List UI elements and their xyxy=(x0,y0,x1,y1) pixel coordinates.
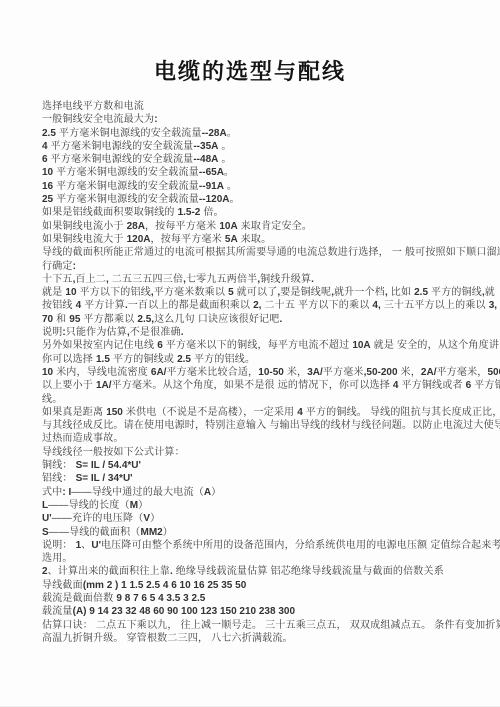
text-line: 过热而造成事故。 xyxy=(42,432,474,445)
text-line: 铜线： S= IL / 54.4*U' xyxy=(42,459,474,472)
text-line: 选择电线平方数和电流 xyxy=(42,100,474,113)
text-line: 如果真是距离 150 米供电（不说是不是高楼），一定采用 4 平方的铜线。 导线… xyxy=(42,406,474,419)
text-line: 你可以选择 1.5 平方的铜线或 2.5 平方的铝线。 xyxy=(42,353,474,366)
text-line: 4 平方毫米铜电源线的安全载流量--35A 。 xyxy=(42,140,474,153)
text-line: 载流是截面倍数 9 8 7 6 5 4 3.5 3 2.5 xyxy=(42,592,474,605)
text-line: 行确定: xyxy=(42,260,474,273)
text-line: 估算口诀： 二点五下乘以九， 往上减一顺号走。 三十五乘三点五， 双双成组减点五… xyxy=(42,619,474,632)
text-line: 导线的截面积所能正常通过的电流可根据其所需要导通的电流总数进行选择， 一 般可按… xyxy=(42,246,474,259)
text-line: 就是 10 平方以下的铝线,平方毫米数乘以 5 就可以了,要是铜线呢,就升一个档… xyxy=(42,286,474,299)
text-line: U'——充许的电压降（V） xyxy=(42,512,474,525)
text-line: 说明： 1、U'电压降可由整个系统中所用的设备范围内，分给系统供电用的电源电压额… xyxy=(42,539,474,552)
text-line: S——导线的截面积（MM2） xyxy=(42,526,474,539)
text-line: 6 平方毫米铜电源线的安全载流量--48A 。 xyxy=(42,153,474,166)
text-line: 说明:只能作为估算,不是很准确. xyxy=(42,326,474,339)
document-body: 选择电线平方数和电流一般铜线安全电流最大为:2.5 平方毫米铜电源线的安全载流量… xyxy=(0,100,500,645)
text-line: 以上要小于 1A/平方毫米。从这个角度，如果不是很 远的情况下，你可以选择 4 … xyxy=(42,379,474,392)
text-line: 16 平方毫米铜电源线的安全载流量--91A 。 xyxy=(42,180,474,193)
text-line: 载流量(A) 9 14 23 32 48 60 90 100 123 150 2… xyxy=(42,605,474,618)
text-line: 选用。 xyxy=(42,552,474,565)
text-line: L——导线的长度（M） xyxy=(42,499,474,512)
text-line: 线。 xyxy=(42,393,474,406)
text-line: 式中: I——导线中通过的最大电流（A） xyxy=(42,486,474,499)
text-line: 25 平方毫米铜电源线的安全载流量--120A。 xyxy=(42,193,474,206)
text-line: 70 和 95 平方都乘以 2.5,这么几句 口诀应该很好记吧. xyxy=(42,313,474,326)
text-line: 导线线径一般按如下公式计算： xyxy=(42,446,474,459)
text-line: 一般铜线安全电流最大为: xyxy=(42,113,474,126)
text-line: 2.5 平方毫米铜电源线的安全载流量--28A。 xyxy=(42,127,474,140)
text-line: 另外如果按室内记住电线 6 平方毫米以下的铜线，每平方电流不超过 10A 就是 … xyxy=(42,339,474,352)
text-line: 按铝线 4 平方计算.一百以上的都是截面积乘以 2, 二十五 平方以下的乘以 4… xyxy=(42,299,474,312)
text-line: 与其线径成反比。请在使用电源时，特别注意输入 与输出导线的线材与线径问题。以防止… xyxy=(42,419,474,432)
text-line: 高温九折铜升级。 穿管根数二三四， 八七六折满载流。 xyxy=(42,632,474,645)
text-line: 如果铜线电流小于 28A，按每平方毫米 10A 来取肯定安全。 xyxy=(42,220,474,233)
text-line: 10 平方毫米铜电源线的安全载流量--65A。 xyxy=(42,166,474,179)
text-line: 如果铜线电流大于 120A，按每平方毫米 5A 来取。 xyxy=(42,233,474,246)
text-line: 10 米内，导线电流密度 6A/平方毫米比较合适，10-50 米，3A/平方毫米… xyxy=(42,366,474,379)
text-line: 导线截面(mm 2 ) 1 1.5 2.5 4 6 10 16 25 35 50 xyxy=(42,579,474,592)
text-line: 2、计算出来的截面积往上靠. 绝缘导线载流量估算 铝芯绝缘导线载流量与截面的倍数… xyxy=(42,565,474,578)
text-line: 十下五,百上二, 二五三五四三倍,七零九五两倍半,铜线升级算. xyxy=(42,273,474,286)
document-title: 电缆的选型与配线 xyxy=(0,0,500,100)
text-line: 铝线： S= IL / 34*U' xyxy=(42,472,474,485)
text-line: 如果是铝线截面积要取铜线的 1.5-2 倍。 xyxy=(42,206,474,219)
document-page: 电缆的选型与配线 选择电线平方数和电流一般铜线安全电流最大为:2.5 平方毫米铜… xyxy=(0,0,500,707)
